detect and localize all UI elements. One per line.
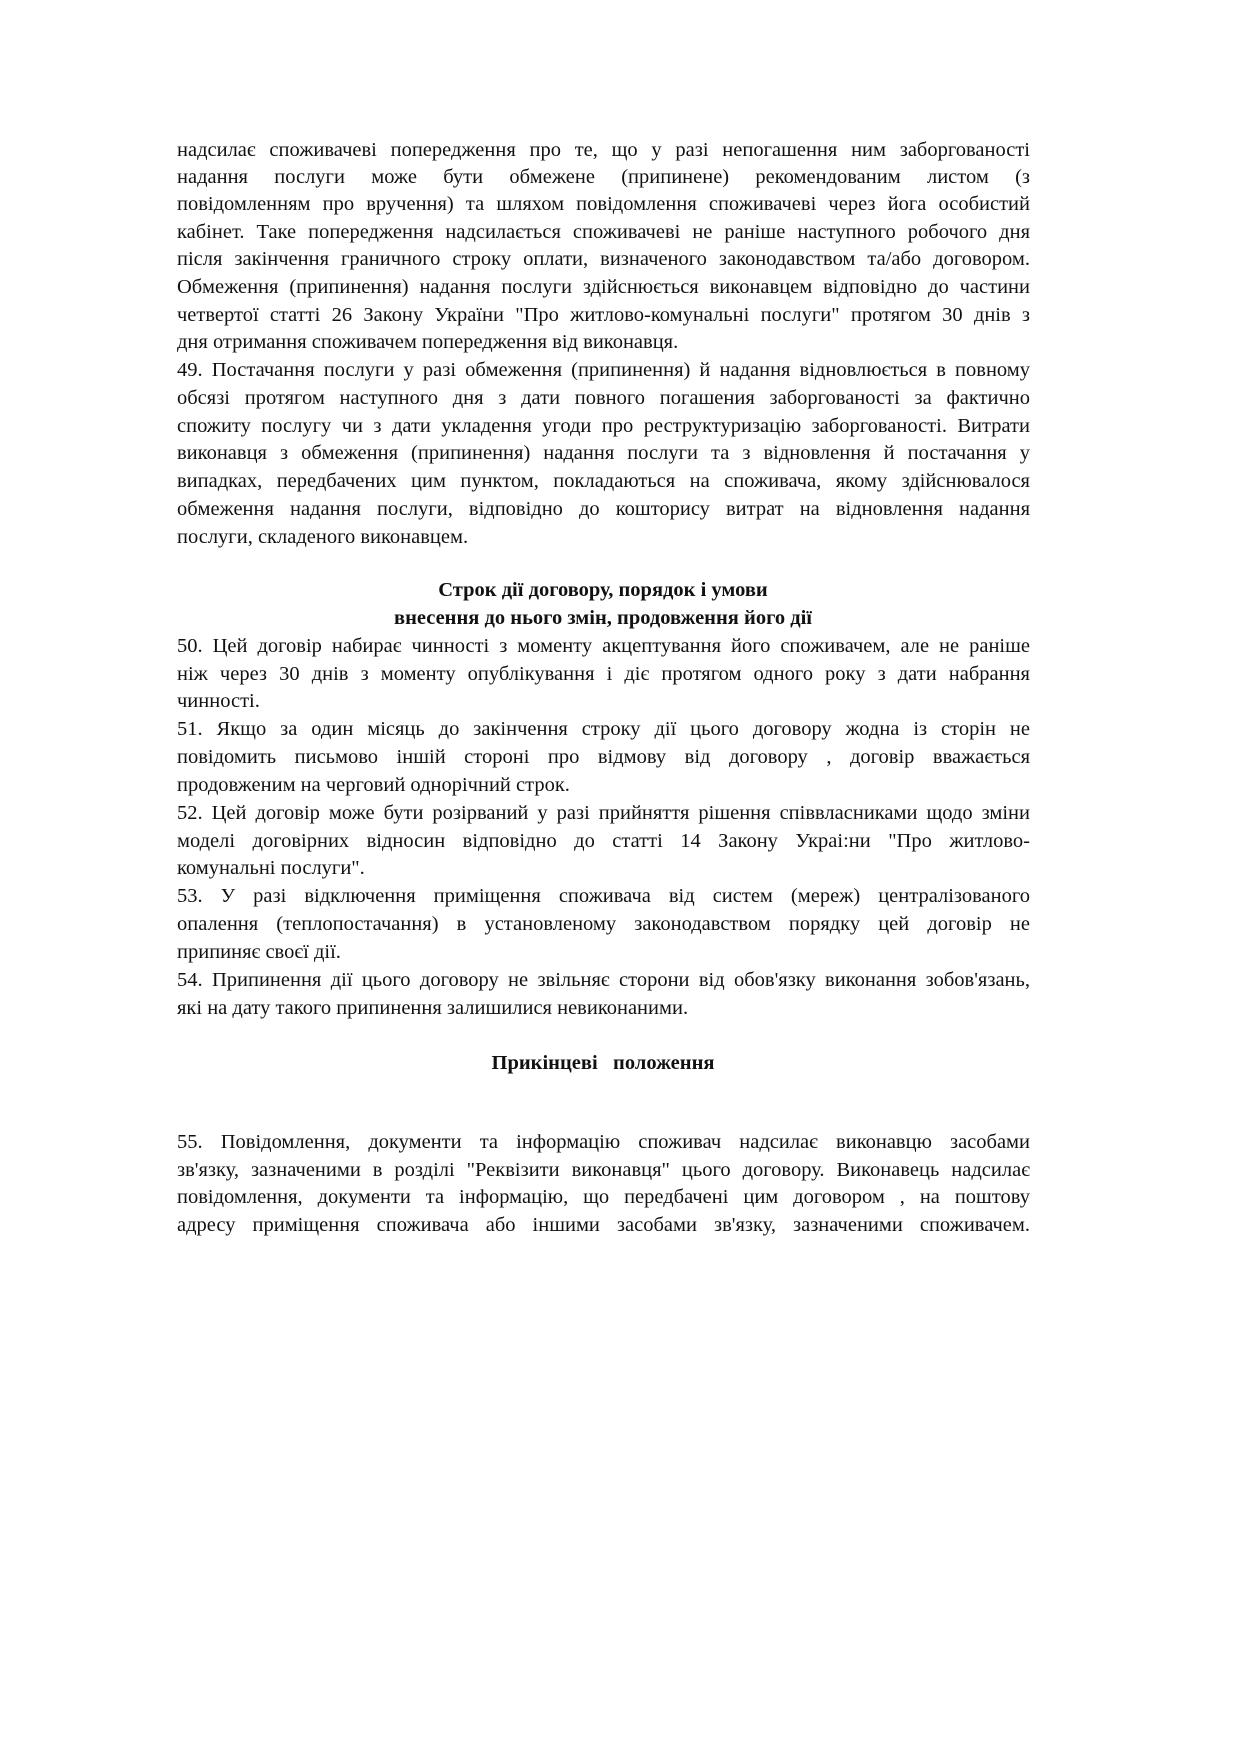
text-line: обсязі протягом наступного дня з дати по… (177, 385, 1030, 411)
text-line: які на дату такого припинення залишилися… (177, 995, 1030, 1021)
text-line: випадках, передбачених цим пунктом, покл… (177, 468, 1030, 494)
text-line: послуги, складеного виконавцем. (177, 524, 1030, 550)
text-line: дня отримання споживачем попередження ві… (177, 329, 1030, 355)
text-line: моделі договірних відносин відповідно до… (177, 828, 1030, 854)
text-line: спожиту послугу чи з дати укладення угод… (177, 413, 1030, 439)
text-line: після закінчення граничного строку оплат… (177, 246, 1030, 272)
text-line: 52. Цей договір може бути розірваний у р… (177, 800, 1030, 826)
heading-line: Строк дії договору, порядок і умови (0, 577, 1206, 603)
text-line: надсилає споживачеві попередження про те… (177, 137, 1030, 163)
text-line: адресу приміщення споживача або іншими з… (177, 1212, 1030, 1238)
text-line: четвертої статті 26 Закону України "Про … (177, 302, 1030, 328)
text-line: припиняє своєї дії. (177, 939, 1030, 965)
text-line: 49. Постачання послуги у разі обмеження … (177, 357, 1030, 383)
text-line: Обмеження (припинення) надання послуги з… (177, 274, 1030, 300)
text-line: кабінет. Таке попередження надсилається … (177, 219, 1030, 245)
text-line: обмеження надання послуги, відповідно до… (177, 496, 1030, 522)
text-line: повідомленням про вручення) та шляхом по… (177, 191, 1030, 217)
text-line: 55. Повідомлення, документи та інформаці… (177, 1129, 1030, 1155)
text-line: 54. Припинення дії цього договору не зві… (177, 967, 1030, 993)
text-line: опалення (теплопостачання) в установлено… (177, 911, 1030, 937)
text-line: виконавця з обмеження (припинення) надан… (177, 440, 1030, 466)
heading-line: внесення до нього змін, продовження його… (0, 605, 1206, 631)
text-line: повідомлення, документи та інформацію, щ… (177, 1184, 1030, 1210)
text-line: 51. Якщо за один місяць до закінчення ст… (177, 716, 1030, 742)
text-line: повідомить письмово іншій стороні про ві… (177, 744, 1030, 770)
text-line: зв'язку, зазначеними в розділі "Реквізит… (177, 1157, 1030, 1183)
text-line: ніж через 30 днів з моменту опублікуванн… (177, 661, 1030, 687)
text-line: 53. У разі відключення приміщення спожив… (177, 883, 1030, 909)
text-line: чинності. (177, 688, 1030, 714)
text-line: надання послуги може бути обмежене (прип… (177, 164, 1030, 190)
text-line: продовженим на черговий однорічний строк… (177, 772, 1030, 798)
text-line: 50. Цей договір набирає чинності з момен… (177, 633, 1030, 659)
text-line: комунальні послуги". (177, 855, 1030, 881)
section-heading-final: Прикінцеві положення (0, 1050, 1206, 1076)
document-page: надсилає споживачеві попередження про те… (0, 0, 1241, 1753)
